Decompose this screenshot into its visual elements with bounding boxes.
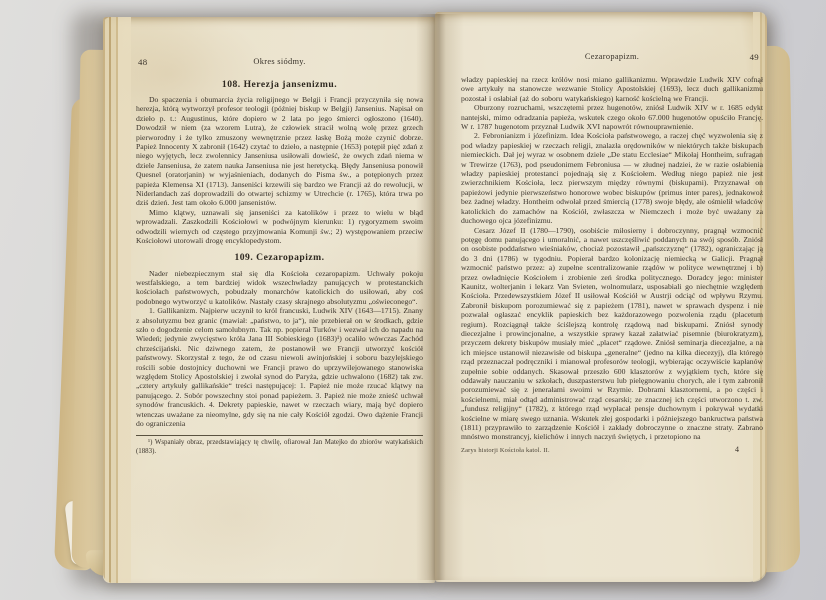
right-running-title: Cezaropapizm.: [461, 52, 763, 61]
paragraph: Cesarz Józef II (1780—1790), osobiście m…: [461, 226, 763, 442]
paragraph: 2. Febronianizm i józefinizm. Idea Kości…: [461, 131, 763, 225]
paragraph: Mimo klątwy, uznawali się janseniści za …: [136, 208, 423, 246]
footnote: ¹) Wspaniały obraz, przedstawiający tę c…: [136, 435, 423, 456]
right-running-head: Cezaropapizm. 49: [461, 52, 763, 63]
left-running-title: Okres siódmy.: [136, 57, 423, 66]
book-signature: Zarys historji Kościoła katol. II.: [461, 447, 550, 454]
paragraph: Nader niebezpiecznym stał się dla Kościo…: [136, 269, 423, 307]
paragraph: Do spaczenia i obumarcia życia religijne…: [136, 95, 423, 208]
left-page-number: 48: [138, 57, 147, 67]
right-page-footer: Zarys historji Kościoła katol. II. 4: [461, 445, 763, 455]
paragraph: Oburzony rozruchami, wszczętemi przez hu…: [461, 103, 763, 131]
section-heading-cezaropapizm: 109. Cezaropapizm.: [136, 252, 423, 263]
section-heading-jansenizm: 108. Herezja jansenizmu.: [136, 79, 423, 90]
left-running-head: 48 Okres siódmy.: [136, 57, 423, 68]
paragraph: władzy papieskiej na rzecz królów nosi m…: [461, 75, 763, 103]
left-page-fore-edge: [103, 17, 131, 583]
right-page-content: Cezaropapizm. 49 władzy papieskiej na rz…: [461, 52, 763, 455]
paragraph: 1. Gallikanizm. Najpierw uczynił to król…: [136, 306, 423, 428]
right-page-number: 49: [750, 52, 759, 62]
sheet-number: 4: [735, 445, 739, 454]
book-spread-photo: 48 Okres siódmy. 108. Herezja jansenizmu…: [0, 0, 826, 600]
left-page-content: 48 Okres siódmy. 108. Herezja jansenizmu…: [136, 57, 423, 457]
